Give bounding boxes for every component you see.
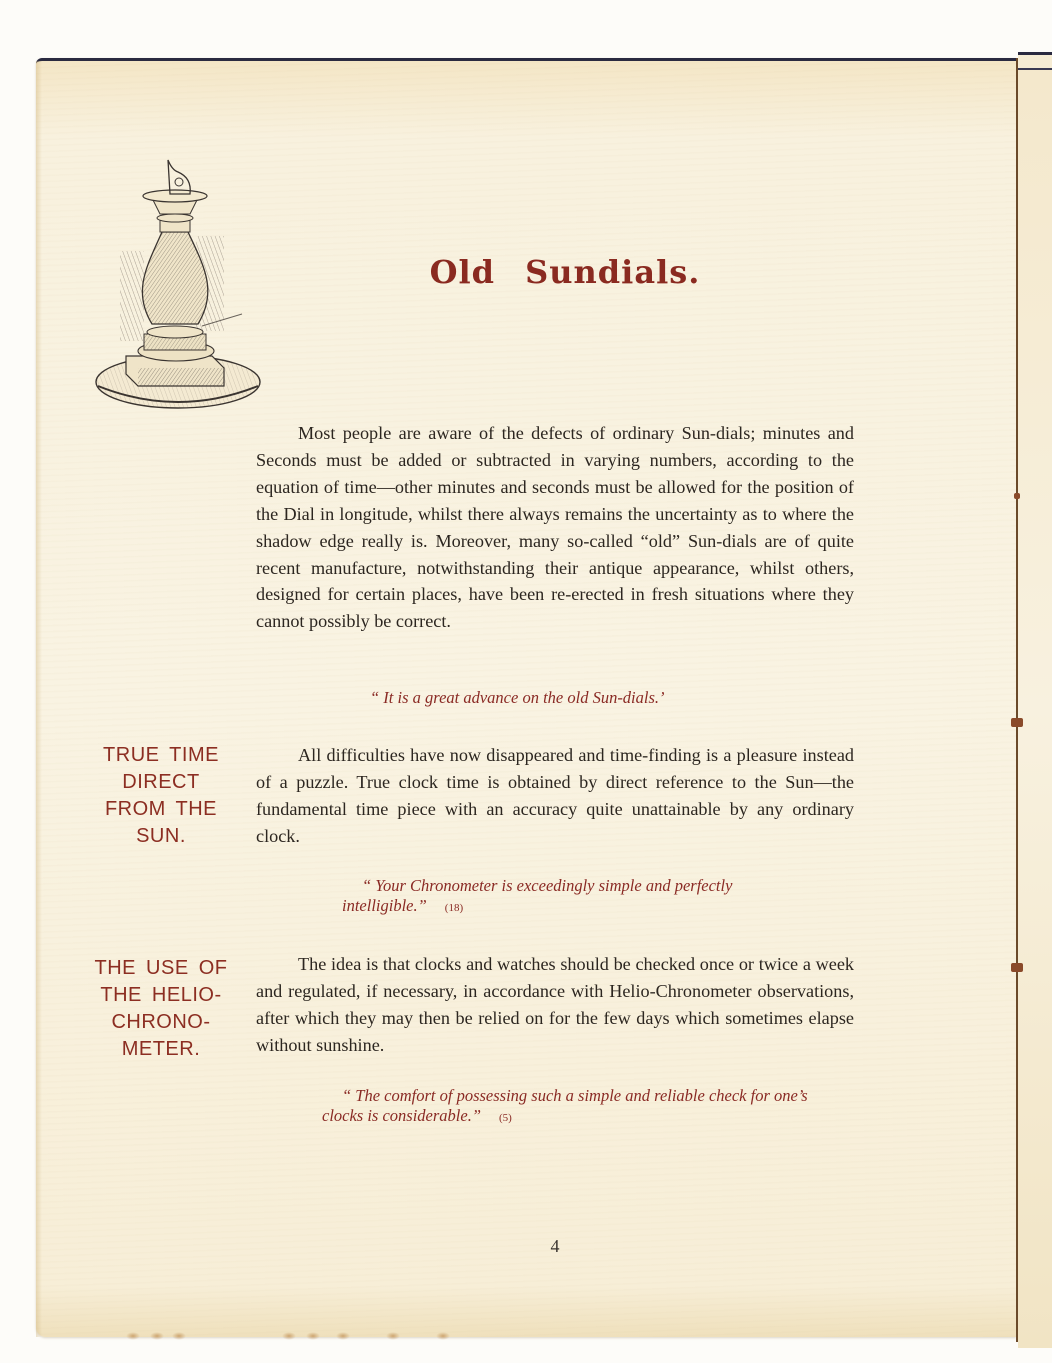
deckle-mark [172,1332,186,1340]
deckle-mark [436,1332,450,1340]
sidenote-line: TRUE TIME [76,742,246,769]
quote-text: “ The comfort of possessing such a simpl… [322,1086,808,1125]
page-number: 4 [540,1236,570,1257]
sidenote-line: DIRECT [76,769,246,796]
paragraph-heliochronometer-use: The idea is that clocks and watches shou… [256,951,854,1059]
page-edge-shading [36,61,42,1337]
sidenote-use-of-heliochronometer: THE USE OF THE HELIO- CHRONO- METER. [76,955,246,1063]
binding-stitch [1011,963,1023,972]
deckle-mark [386,1332,400,1340]
sidenote-line: THE USE OF [76,955,246,982]
paragraph-sundial-defects: Most people are aware of the defects of … [256,420,854,635]
quote-text: “ Your Chronometer is exceedingly simple… [342,876,732,915]
sundial-illustration [92,156,264,436]
deckle-mark [306,1332,320,1340]
deckle-mark [126,1332,140,1340]
quote-reference-number: (18) [445,902,463,914]
book-spine-fold [1016,58,1018,1342]
binding-stitch [1014,493,1020,499]
deckle-mark [336,1332,350,1340]
sidenote-line: CHRONO- [76,1009,246,1036]
facing-page-edge [1018,68,1052,1348]
sidenote-line: SUN. [76,823,246,850]
testimonial-quote: “ The comfort of possessing such a simpl… [322,1086,812,1128]
deckle-mark [282,1332,296,1340]
scanned-page-spread: Old Sundials. Most people are aware of t… [0,0,1052,1363]
sidenote-line: THE HELIO- [76,982,246,1009]
paragraph-true-time: All difficulties have now disappeared an… [256,742,854,850]
sidenote-true-time: TRUE TIME DIRECT FROM THE SUN. [76,742,246,850]
binding-stitch [1011,718,1023,727]
sidenote-line: FROM THE [76,796,246,823]
testimonial-quote: “ Your Chronometer is exceedingly simple… [342,876,812,918]
quote-text: “ It is a great advance on the old Sun-d… [370,688,665,707]
sidenote-line: METER. [76,1036,246,1063]
deckle-mark [150,1332,164,1340]
testimonial-quote: “ It is a great advance on the old Sun-d… [370,688,770,708]
quote-reference-number: (5) [499,1112,512,1124]
page-title: Old Sundials. [380,253,750,291]
